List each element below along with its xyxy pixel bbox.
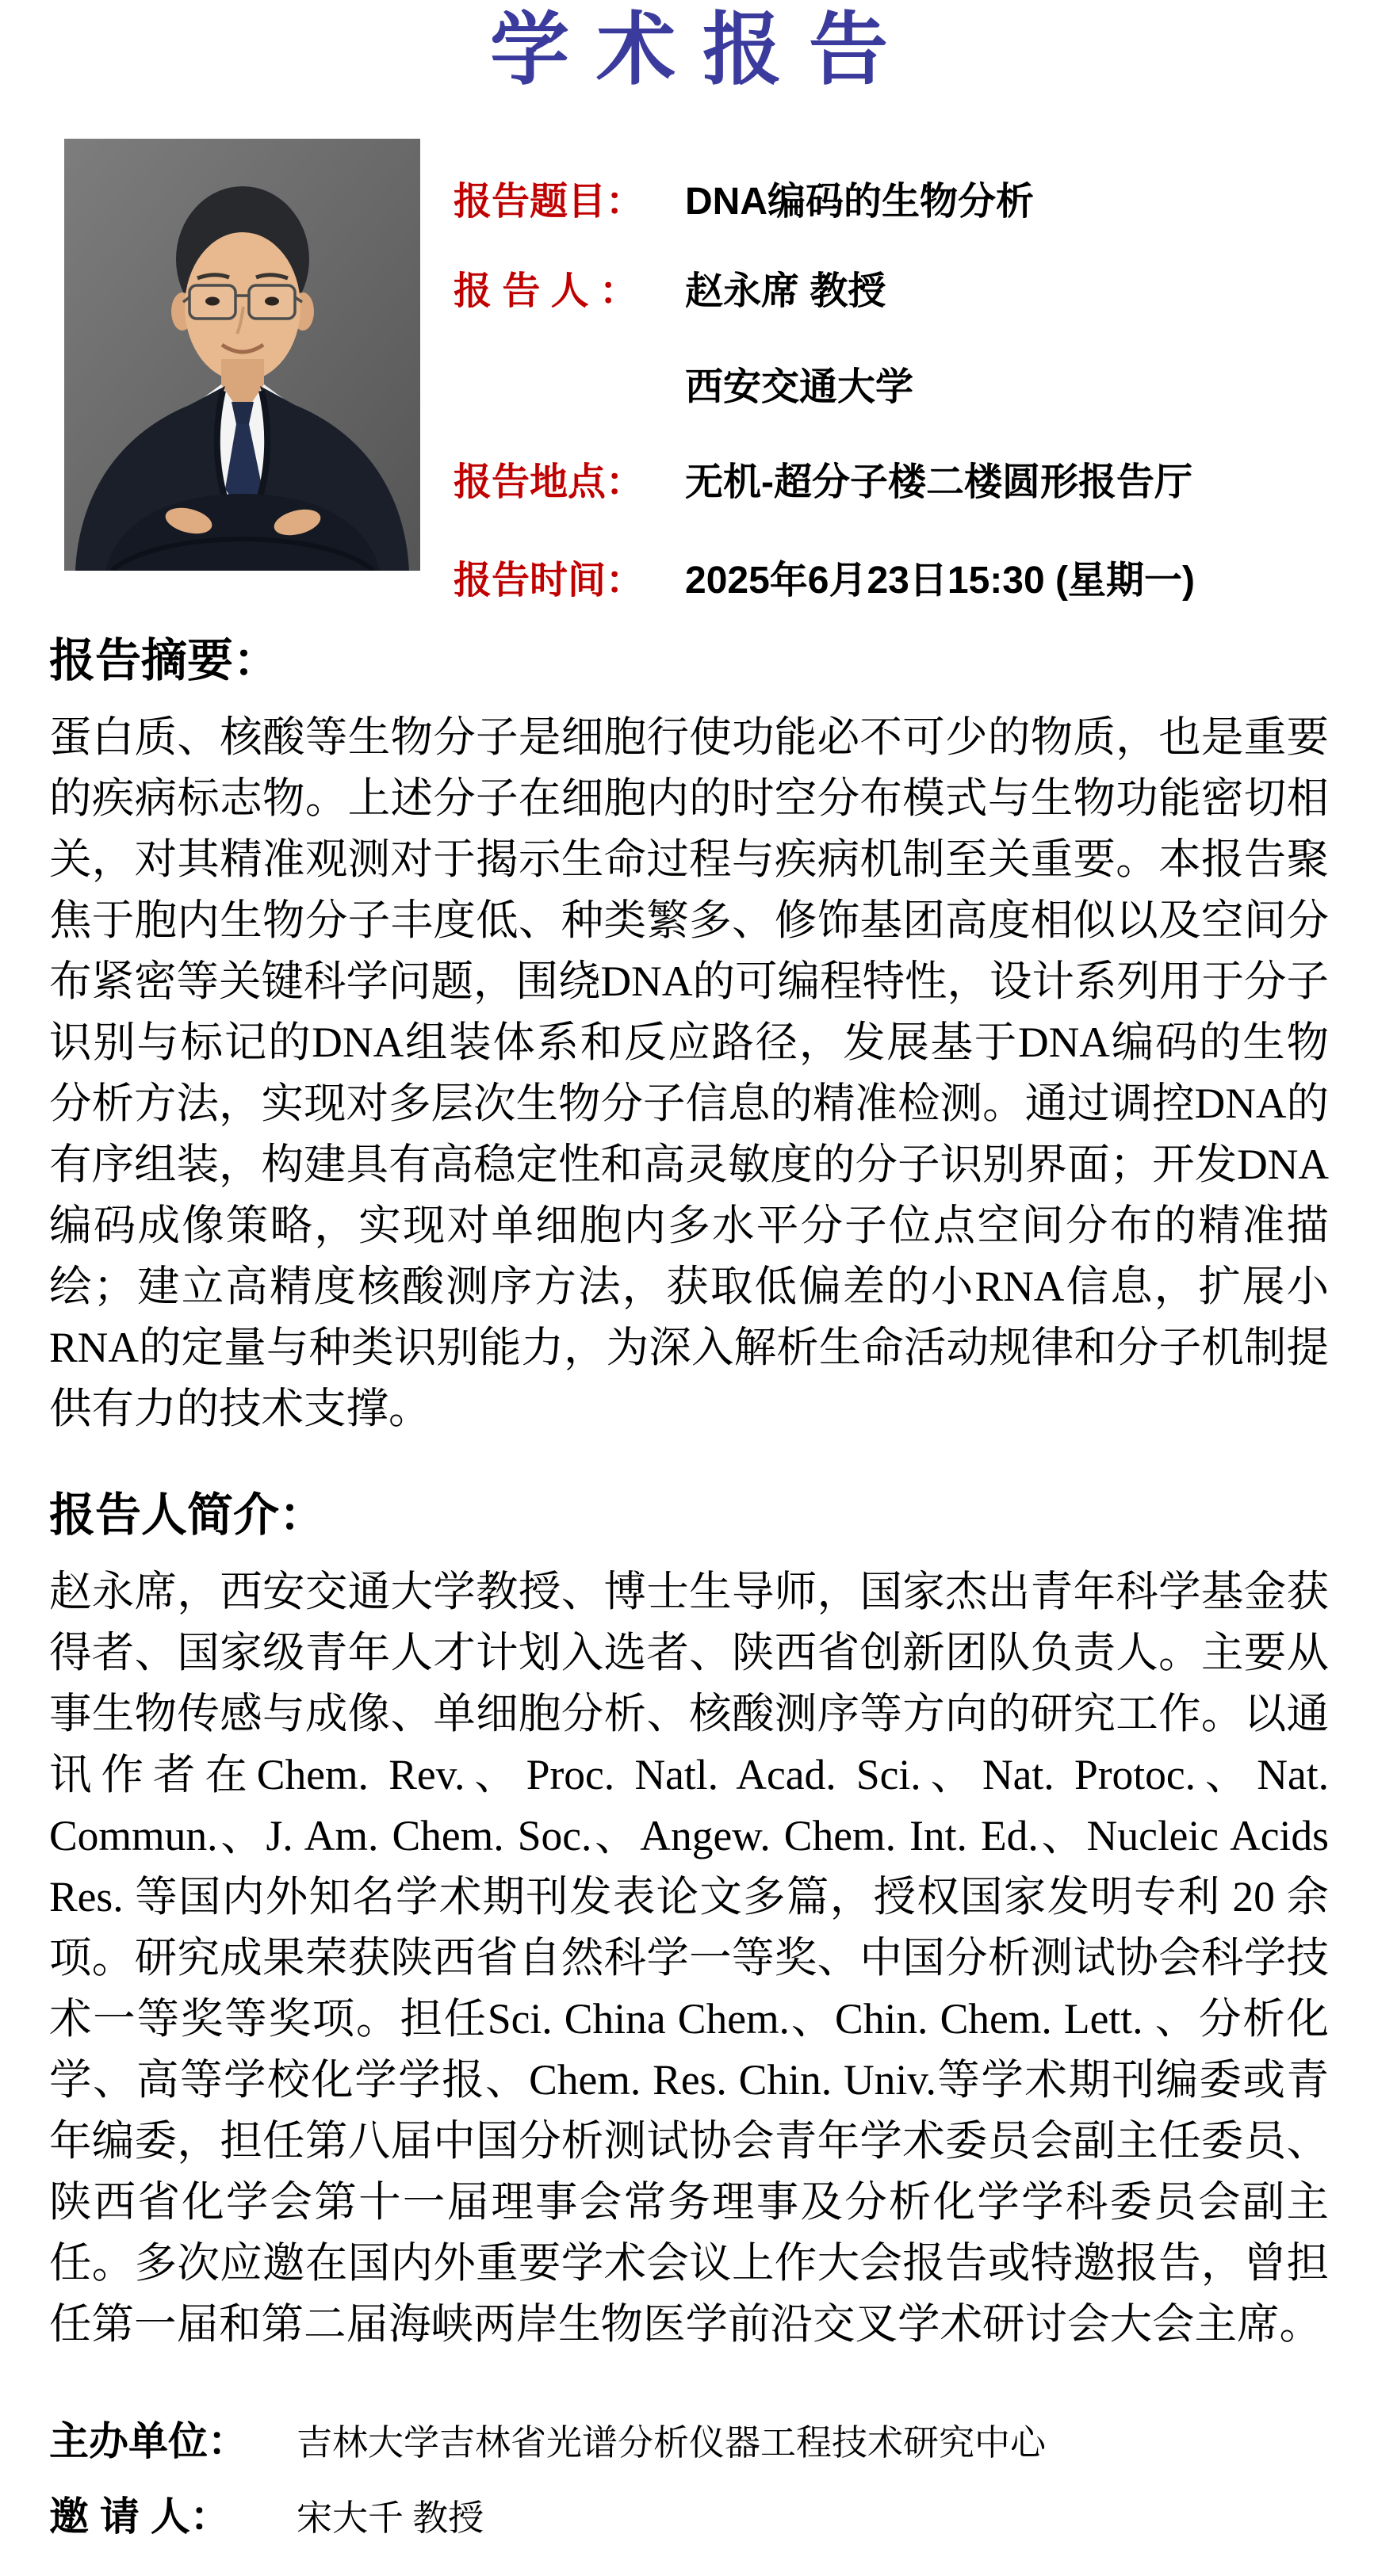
bio-heading: 报告人简介： (49, 1487, 1329, 1544)
detail-label-location: 报告地点： (454, 451, 685, 506)
organizer-label: 主办单位： (49, 2410, 297, 2467)
detail-row-location: 报告地点： 无机-超分子楼二楼圆形报告厅 (454, 451, 1332, 506)
bio-section: 报告人简介： 赵永席，西安交通大学教授、博士生导师，国家杰出青年科学基金获得者、… (49, 1487, 1329, 2355)
abstract-body: 蛋白质、核酸等生物分子是细胞行使功能必不可少的物质，也是重要的疾病标志物。上述分… (49, 707, 1329, 1439)
footer-section: 主办单位： 吉林大学吉林省光谱分析仪器工程技术研究中心 邀 请 人： 宋大千 教… (49, 2410, 1329, 2560)
inviter-value: 宋大千 教授 (297, 2489, 484, 2540)
detail-value-speaker: 赵永席 教授 (685, 260, 886, 315)
footer-row-inviter: 邀 请 人： 宋大千 教授 (49, 2485, 1329, 2543)
abstract-heading: 报告摘要： (49, 633, 1329, 690)
page-title: 学术报告 (0, 3, 1378, 98)
detail-label-time: 报告时间： (454, 549, 685, 604)
detail-row-speaker: 报 告 人 ： 赵永席 教授 (454, 260, 1332, 315)
abstract-section: 报告摘要： 蛋白质、核酸等生物分子是细胞行使功能必不可少的物质，也是重要的疾病标… (49, 633, 1329, 1439)
speaker-portrait-graphic (64, 139, 420, 571)
detail-row-title: 报告题目： DNA编码的生物分析 (454, 170, 1332, 225)
detail-row-affiliation: 西安交通大学 (454, 356, 1332, 411)
seminar-announcement-page: 学术报告 (0, 0, 1378, 2576)
detail-value-location: 无机-超分子楼二楼圆形报告厅 (685, 451, 1192, 506)
bio-body: 赵永席，西安交通大学教授、博士生导师，国家杰出青年科学基金获得者、国家级青年人才… (49, 1561, 1329, 2355)
speaker-photo (64, 139, 420, 571)
detail-label-title: 报告题目： (454, 170, 685, 225)
inviter-label: 邀 请 人： (49, 2485, 297, 2542)
detail-label-speaker: 报 告 人 ： (454, 260, 685, 315)
organizer-value: 吉林大学吉林省光谱分析仪器工程技术研究中心 (297, 2414, 1046, 2465)
detail-value-affiliation: 西安交通大学 (685, 356, 913, 411)
detail-value-title: DNA编码的生物分析 (685, 170, 1034, 225)
detail-value-time: 2025年6月23日15:30 (星期一) (685, 549, 1195, 604)
detail-row-time: 报告时间： 2025年6月23日15:30 (星期一) (454, 549, 1332, 604)
footer-row-organizer: 主办单位： 吉林大学吉林省光谱分析仪器工程技术研究中心 (49, 2410, 1329, 2467)
seminar-details: 报告题目： DNA编码的生物分析 报 告 人 ： 赵永席 教授 西安交通大学 报… (454, 139, 1332, 614)
